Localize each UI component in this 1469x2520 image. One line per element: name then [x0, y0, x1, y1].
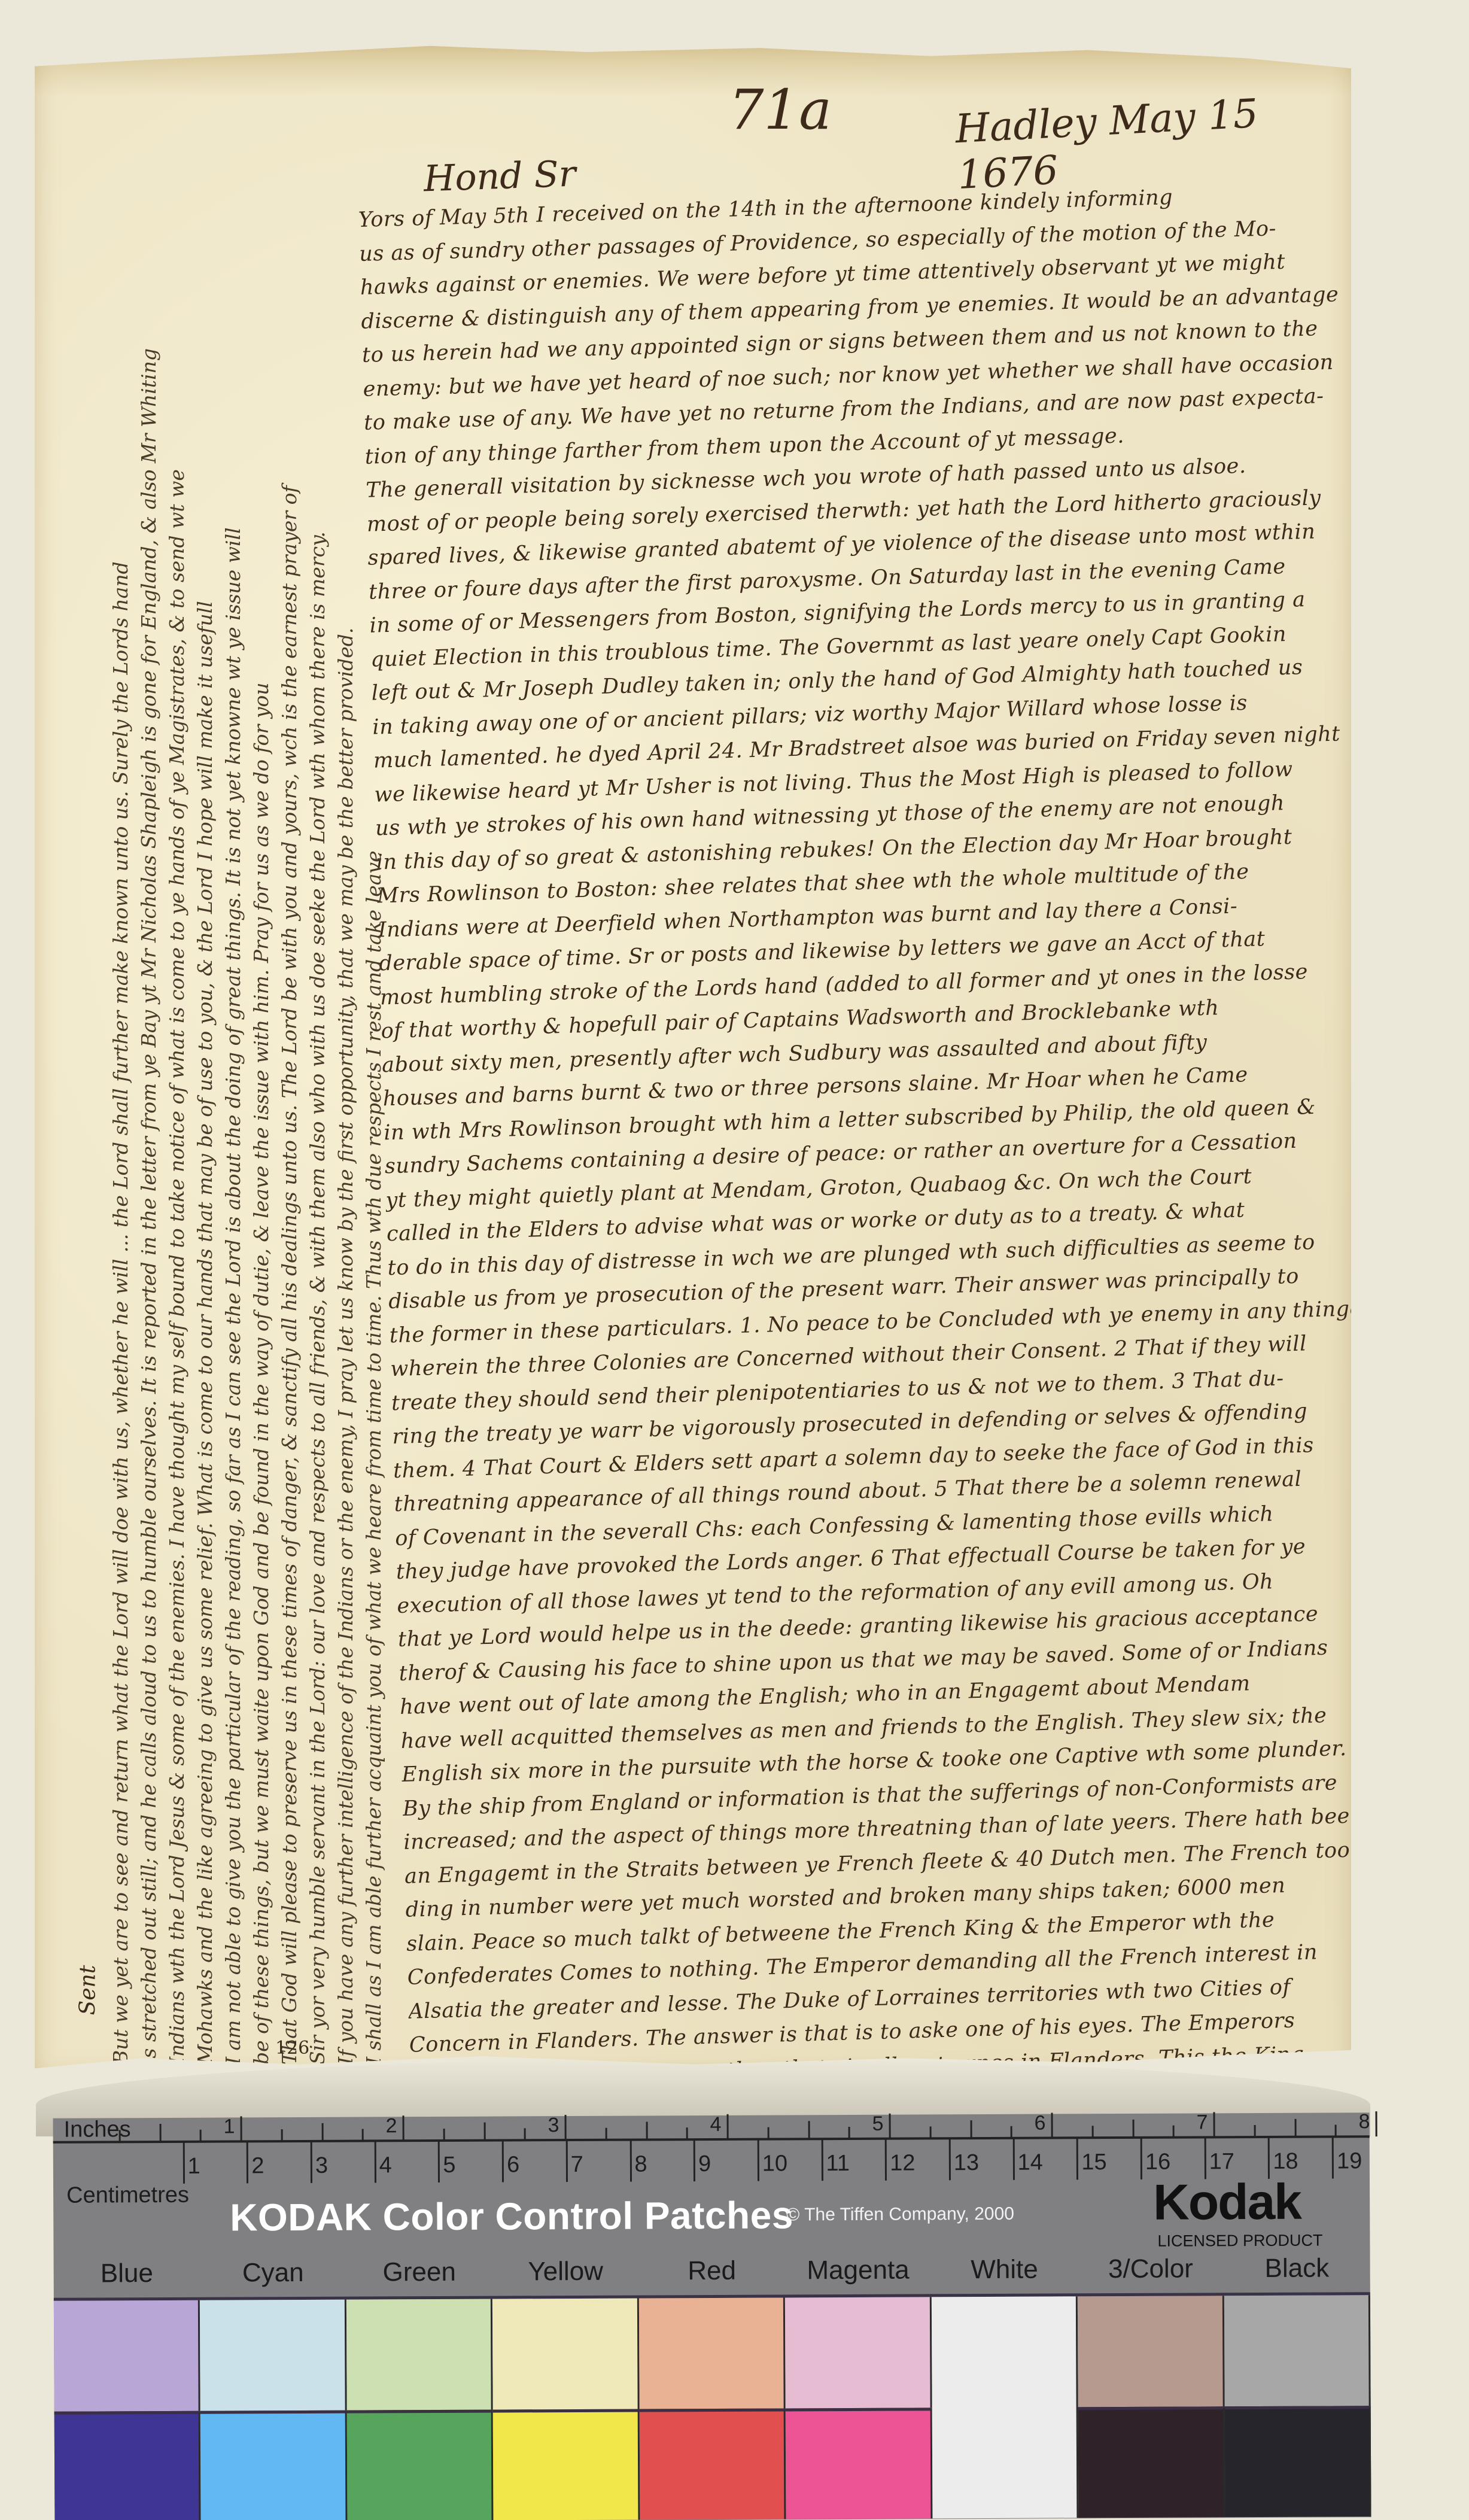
patch-label: Magenta: [785, 2255, 932, 2285]
cm-tick: [821, 2139, 823, 2181]
cm-tick: [374, 2141, 376, 2182]
inches-label: Inches: [64, 2117, 131, 2142]
color-patch-dark: [493, 2409, 640, 2520]
cm-mark: 7: [571, 2152, 583, 2178]
inch-tick: [848, 2127, 850, 2139]
inch-mark: 3: [548, 2114, 559, 2137]
cm-tick: [438, 2141, 440, 2182]
margin-line: is stretched out still; and he calls alo…: [135, 401, 163, 2065]
cm-tick: [758, 2139, 759, 2181]
patch-label: Cyan: [200, 2258, 346, 2288]
inch-tick: [483, 2123, 485, 2141]
cm-mark: 2: [251, 2153, 264, 2179]
inch-tick: [1335, 2124, 1337, 2136]
color-patch-light: [785, 2297, 932, 2408]
patch-column-white: [932, 2296, 1079, 2518]
cm-mark: 19: [1337, 2148, 1362, 2174]
color-patch-dark: [639, 2408, 786, 2519]
color-patch-light: [1078, 2296, 1224, 2407]
color-patch-light: [492, 2299, 639, 2410]
patch-label: White: [931, 2254, 1078, 2285]
inch-tick: [118, 2130, 120, 2142]
inch-tick: [1376, 2111, 1377, 2136]
inch-tick: [1213, 2112, 1215, 2137]
patch-column-black: [1224, 2295, 1371, 2517]
cm-mark: 12: [890, 2151, 915, 2176]
folio-mark: 71a: [729, 78, 832, 142]
patch-column-yellow: [492, 2299, 640, 2520]
cm-tick: [1332, 2136, 1334, 2178]
color-patch-light: [200, 2300, 346, 2411]
cm-mark: 8: [634, 2151, 647, 2177]
inch-tick: [524, 2128, 526, 2140]
margin-line: Sir yor very humble servant in the Lord:…: [303, 401, 331, 2065]
patch-label: Yellow: [492, 2257, 639, 2287]
cm-mark: 1: [187, 2154, 200, 2179]
patch-label: Black: [1224, 2253, 1370, 2284]
cm-tick: [1012, 2138, 1014, 2180]
inch-tick: [808, 2121, 810, 2139]
patch-label: Blue: [54, 2258, 200, 2289]
cm-mark: 16: [1145, 2150, 1170, 2175]
inch-tick: [241, 2116, 242, 2141]
margin-line: Indians wth the Lord Jesus & some of the…: [163, 401, 191, 2065]
cm-mark: 14: [1017, 2150, 1042, 2176]
inch-mark: 1: [224, 2115, 235, 2138]
inch-tick: [362, 2129, 364, 2141]
patch-column-cyan: [200, 2300, 347, 2520]
inch-tick: [646, 2121, 647, 2139]
letter-body: Yors of May 5th I received on the 14th i…: [358, 176, 1409, 2299]
cm-mark: 9: [698, 2151, 711, 2177]
cm-mark: 13: [954, 2150, 979, 2176]
color-patch: [932, 2296, 1079, 2518]
patch-column-green: [346, 2299, 494, 2520]
inch-tick: [1051, 2113, 1053, 2138]
color-patch-dark: [54, 2411, 201, 2520]
color-patch-light: [1224, 2295, 1370, 2406]
cm-mark: 6: [507, 2152, 519, 2178]
cm-tick: [183, 2142, 184, 2184]
inch-tick: [1091, 2126, 1093, 2138]
inch-tick: [605, 2128, 607, 2140]
target-title: KODAK Color Control Patches: [230, 2193, 793, 2239]
patch-label: 3/Color: [1078, 2254, 1224, 2284]
patch-column-magenta: [785, 2297, 932, 2519]
inch-tick: [929, 2126, 931, 2138]
margin-postscript: But we yet are to see and return what th…: [107, 401, 388, 2065]
color-patch-light: [639, 2297, 786, 2409]
inch-tick: [200, 2130, 202, 2142]
kodak-logo: Kodak: [1153, 2173, 1301, 2232]
licensed-product-label: LICENSED PRODUCT: [1157, 2232, 1322, 2251]
cm-tick: [885, 2139, 887, 2181]
color-patch-dark: [786, 2407, 932, 2519]
color-patch-light: [346, 2299, 493, 2410]
inch-tick: [565, 2115, 567, 2140]
cm-tick: [949, 2138, 951, 2180]
cm-tick: [566, 2140, 568, 2182]
cm-mark: 10: [762, 2151, 787, 2176]
manuscript-page: 71a Hadley May 15 1676 Hond Sr Yors of M…: [35, 42, 1351, 2077]
inch-tick: [159, 2124, 161, 2142]
inch-tick: [767, 2127, 769, 2139]
inch-mark: 6: [1035, 2112, 1046, 2135]
page-number: 126: [275, 2038, 309, 2059]
cm-mark: 17: [1209, 2149, 1234, 2175]
inch-mark: 7: [1197, 2111, 1208, 2134]
color-patch-dark: [1078, 2406, 1225, 2518]
inch-tick: [727, 2114, 729, 2139]
patch-label: Red: [638, 2255, 785, 2286]
color-patch-dark: [200, 2410, 347, 2520]
cm-mark: 18: [1273, 2149, 1298, 2175]
margin-line: I shall as I am able further acquaint yo…: [360, 401, 388, 2065]
inch-mark: 8: [1358, 2110, 1370, 2133]
margin-line: I am not able to give you the particular…: [219, 401, 247, 2065]
inch-mark: 4: [710, 2113, 722, 2136]
inch-tick: [1132, 2120, 1134, 2138]
cm-tick: [311, 2141, 312, 2183]
inch-tick: [1254, 2125, 1255, 2137]
cm-tick: [1140, 2138, 1142, 2179]
inch-tick: [403, 2115, 404, 2141]
inch-tick: [321, 2123, 323, 2141]
cm-tick: [694, 2139, 695, 2181]
inch-tick: [443, 2129, 445, 2141]
inch-tick: [281, 2129, 282, 2141]
margin-line: be of these things, but we must waite up…: [247, 401, 275, 2065]
inch-mark: 5: [872, 2112, 884, 2136]
patch-label: Green: [346, 2257, 492, 2288]
cm-mark: 11: [826, 2151, 850, 2176]
patch-labels: BlueCyanGreenYellowRedMagentaWhite3/Colo…: [54, 2253, 1370, 2295]
inch-tick: [1011, 2126, 1012, 2138]
patch-column-3-color: [1078, 2296, 1225, 2518]
cm-mark: 3: [315, 2153, 328, 2179]
copyright-notice: © The Tiffen Company, 2000: [786, 2204, 1014, 2226]
cm-tick: [629, 2140, 631, 2182]
patch-grid: [54, 2292, 1371, 2520]
salutation: Hond Sr: [423, 153, 577, 200]
cm-tick: [247, 2141, 248, 2183]
patch-column-red: [639, 2297, 786, 2519]
patch-column-blue: [54, 2300, 201, 2520]
margin-line: That God will please to preserve us in t…: [275, 401, 303, 2065]
cm-mark: 15: [1081, 2150, 1106, 2175]
ruler-baseline: [53, 2135, 1370, 2144]
color-patch-dark: [347, 2410, 494, 2520]
color-patch-dark: [1224, 2406, 1371, 2517]
color-patch-light: [54, 2300, 200, 2412]
inch-tick: [1173, 2126, 1175, 2138]
cm-tick: [502, 2141, 504, 2182]
margin-signoff: Sent: [75, 1965, 100, 2016]
centimetres-label: Centimetres: [66, 2182, 189, 2209]
margin-line: But we yet are to see and return what th…: [107, 401, 135, 2065]
cm-mark: 5: [443, 2153, 455, 2178]
kodak-color-target: Inches Centimetres 123456781234567891011…: [53, 2112, 1371, 2520]
inch-tick: [686, 2127, 688, 2139]
inch-mark: 2: [386, 2114, 397, 2138]
cm-mark: 4: [379, 2153, 392, 2178]
inch-tick: [970, 2120, 972, 2138]
cm-tick: [1076, 2138, 1078, 2179]
inch-tick: [889, 2114, 891, 2139]
margin-line: If you have any further intelligence of …: [331, 401, 360, 2065]
margin-line: Mohawks and the like agreeing to give us…: [191, 401, 219, 2065]
inch-tick: [1294, 2119, 1296, 2137]
